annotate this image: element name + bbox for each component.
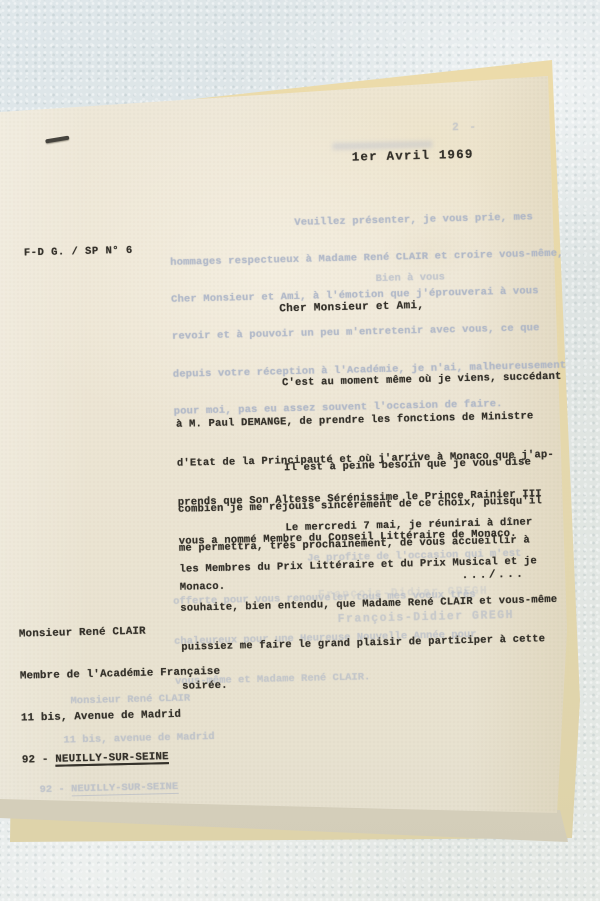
reference-number: F-D G. / SP N° 6 xyxy=(24,245,133,260)
text-line: Veuillez présenter, je vous prie, mes xyxy=(294,210,563,229)
recipient-name: Monsieur René CLAIR xyxy=(19,623,220,642)
text-line: soirée. xyxy=(182,672,559,694)
letter-photo: 2 - 1er Avril 1969 Veuillez présenter, j… xyxy=(0,0,600,901)
recipient-title: Membre de l'Académie Française xyxy=(20,665,221,684)
text-line: à M. Paul DEMANGE, de prendre les foncti… xyxy=(176,410,563,432)
text-line: hommages respectueux à Madame René CLAIR… xyxy=(170,248,564,270)
body-paragraph-3: Le mercredi 7 mai, je réunirai à dîner l… xyxy=(178,490,560,720)
text-line: Il est à peine besoin que je vous dise xyxy=(284,456,541,475)
bleedthrough-valediction: Bien à vous xyxy=(376,271,446,285)
staple xyxy=(45,136,69,143)
recipient-address-block: Monsieur René CLAIR Membre de l'Académie… xyxy=(18,595,223,796)
recipient-street: 11 bis, Avenue de Madrid xyxy=(21,707,222,726)
text-fragment: 92 - xyxy=(22,754,56,767)
text-line: souhaite, bien entendu, que Madame René … xyxy=(180,594,557,616)
recipient-city-line: 92 - NEUILLY-SUR-SEINE xyxy=(22,749,223,768)
bleedthrough-page-marker: 2 - xyxy=(452,122,478,135)
letter-content: 2 - 1er Avril 1969 Veuillez présenter, j… xyxy=(0,0,600,901)
letter-date: 1er Avril 1969 xyxy=(352,148,474,165)
text-line: puissiez me faire le grand plaisir de pa… xyxy=(181,633,558,655)
continuation-mark: .../... xyxy=(462,569,526,582)
recipient-city: NEUILLY-SUR-SEINE xyxy=(55,751,169,766)
text-line: Le mercredi 7 mai, je réunirai à dîner xyxy=(285,516,555,535)
text-line: revoir et à pouvoir un peu m'entretenir … xyxy=(172,322,566,344)
text-line: C'est au moment même où je viens, succéd… xyxy=(282,371,562,391)
